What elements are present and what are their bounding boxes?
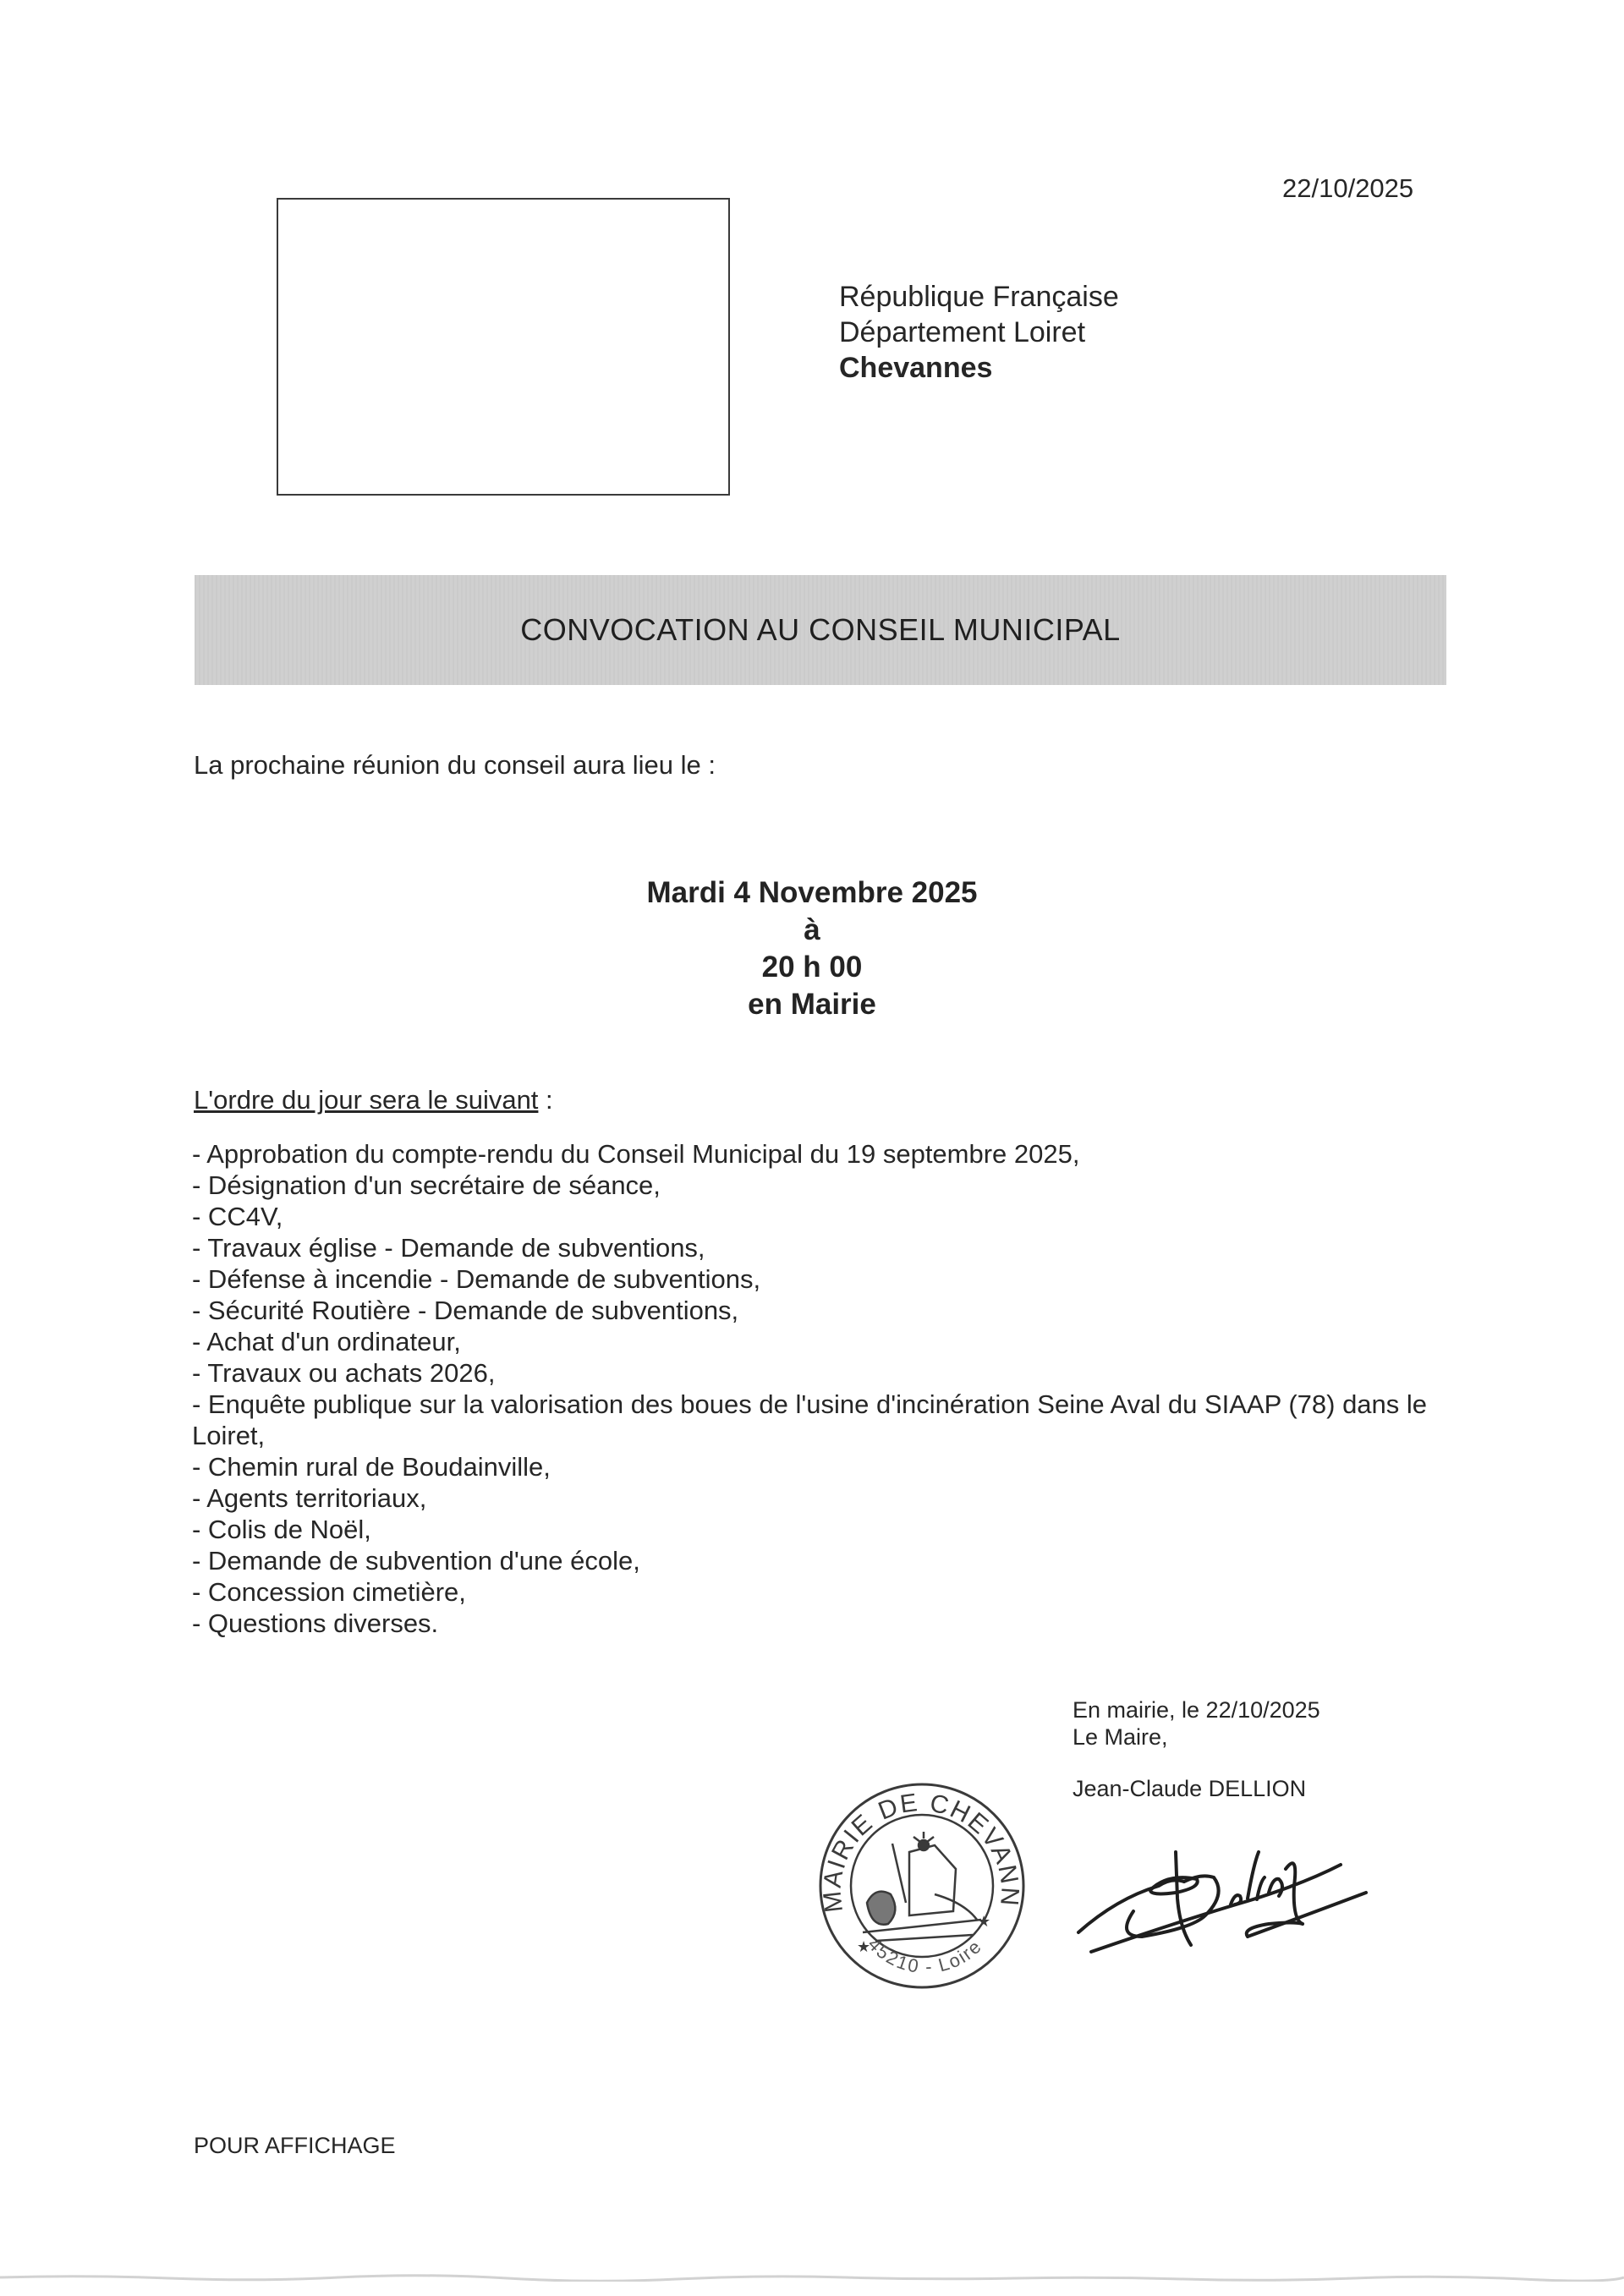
meeting-connector: à — [0, 912, 1624, 949]
agenda-heading-text: L'ordre du jour sera le suivant — [194, 1085, 538, 1115]
logo-placeholder-box — [277, 198, 730, 496]
agenda-item: - Désignation d'un secrétaire de séance, — [192, 1170, 1461, 1201]
scan-edge-divider — [0, 2271, 1624, 2279]
mairie-stamp-icon: MAIRIE DE CHEVANNES 45210 - Loiret ★ ★ — [808, 1776, 1036, 2004]
agenda-item: - Achat d'un ordinateur, — [192, 1326, 1461, 1357]
signature-place-date: En mairie, le 22/10/2025 — [1073, 1696, 1320, 1723]
meeting-date: Mardi 4 Novembre 2025 — [0, 874, 1624, 912]
signature-block: En mairie, le 22/10/2025 Le Maire, — [1073, 1696, 1320, 1751]
agenda-heading: L'ordre du jour sera le suivant : — [194, 1085, 553, 1115]
agenda-item: - Travaux ou achats 2026, — [192, 1357, 1461, 1389]
agenda-item: - Agents territoriaux, — [192, 1482, 1461, 1514]
document-date: 22/10/2025 — [1282, 173, 1413, 204]
agenda-item: - CC4V, — [192, 1201, 1461, 1232]
agenda-item: - Demande de subvention d'une école, — [192, 1545, 1461, 1576]
agenda-item: - Concession cimetière, — [192, 1576, 1461, 1608]
agenda-heading-colon: : — [538, 1085, 552, 1115]
svg-text:MAIRIE DE CHEVANNES: MAIRIE DE CHEVANNES — [808, 1776, 1024, 1914]
svg-text:★: ★ — [977, 1913, 990, 1930]
meeting-details: Mardi 4 Novembre 2025 à 20 h 00 en Mairi… — [0, 874, 1624, 1023]
posting-note: POUR AFFICHAGE — [194, 2133, 396, 2159]
agenda-item: - Défense à incendie - Demande de subven… — [192, 1263, 1461, 1295]
header-commune: Chevannes — [839, 350, 1119, 386]
signature-role: Le Maire, — [1073, 1723, 1320, 1751]
agenda-list: - Approbation du compte-rendu du Conseil… — [192, 1138, 1461, 1639]
meeting-time: 20 h 00 — [0, 949, 1624, 986]
agenda-item: - Colis de Noël, — [192, 1514, 1461, 1545]
agenda-item: - Approbation du compte-rendu du Conseil… — [192, 1138, 1461, 1170]
issuer-header: République Française Département Loiret … — [839, 279, 1119, 386]
meeting-place: en Mairie — [0, 986, 1624, 1023]
intro-text: La prochaine réunion du conseil aura lie… — [194, 750, 716, 781]
agenda-item: - Enquête publique sur la valorisation d… — [192, 1389, 1461, 1451]
svg-text:★: ★ — [857, 1938, 870, 1955]
title-banner: CONVOCATION AU CONSEIL MUNICIPAL — [195, 575, 1446, 685]
agenda-item: - Chemin rural de Boudainville, — [192, 1451, 1461, 1482]
page-title: CONVOCATION AU CONSEIL MUNICIPAL — [520, 612, 1120, 648]
header-departement: Département Loiret — [839, 315, 1119, 350]
agenda-item: - Sécurité Routière - Demande de subvent… — [192, 1295, 1461, 1326]
agenda-item: - Travaux église - Demande de subvention… — [192, 1232, 1461, 1263]
header-republique: République Française — [839, 279, 1119, 315]
signatory-name: Jean-Claude DELLION — [1073, 1776, 1306, 1802]
agenda-item: - Questions diverses. — [192, 1608, 1461, 1639]
mayor-signature-icon — [1057, 1818, 1379, 1962]
